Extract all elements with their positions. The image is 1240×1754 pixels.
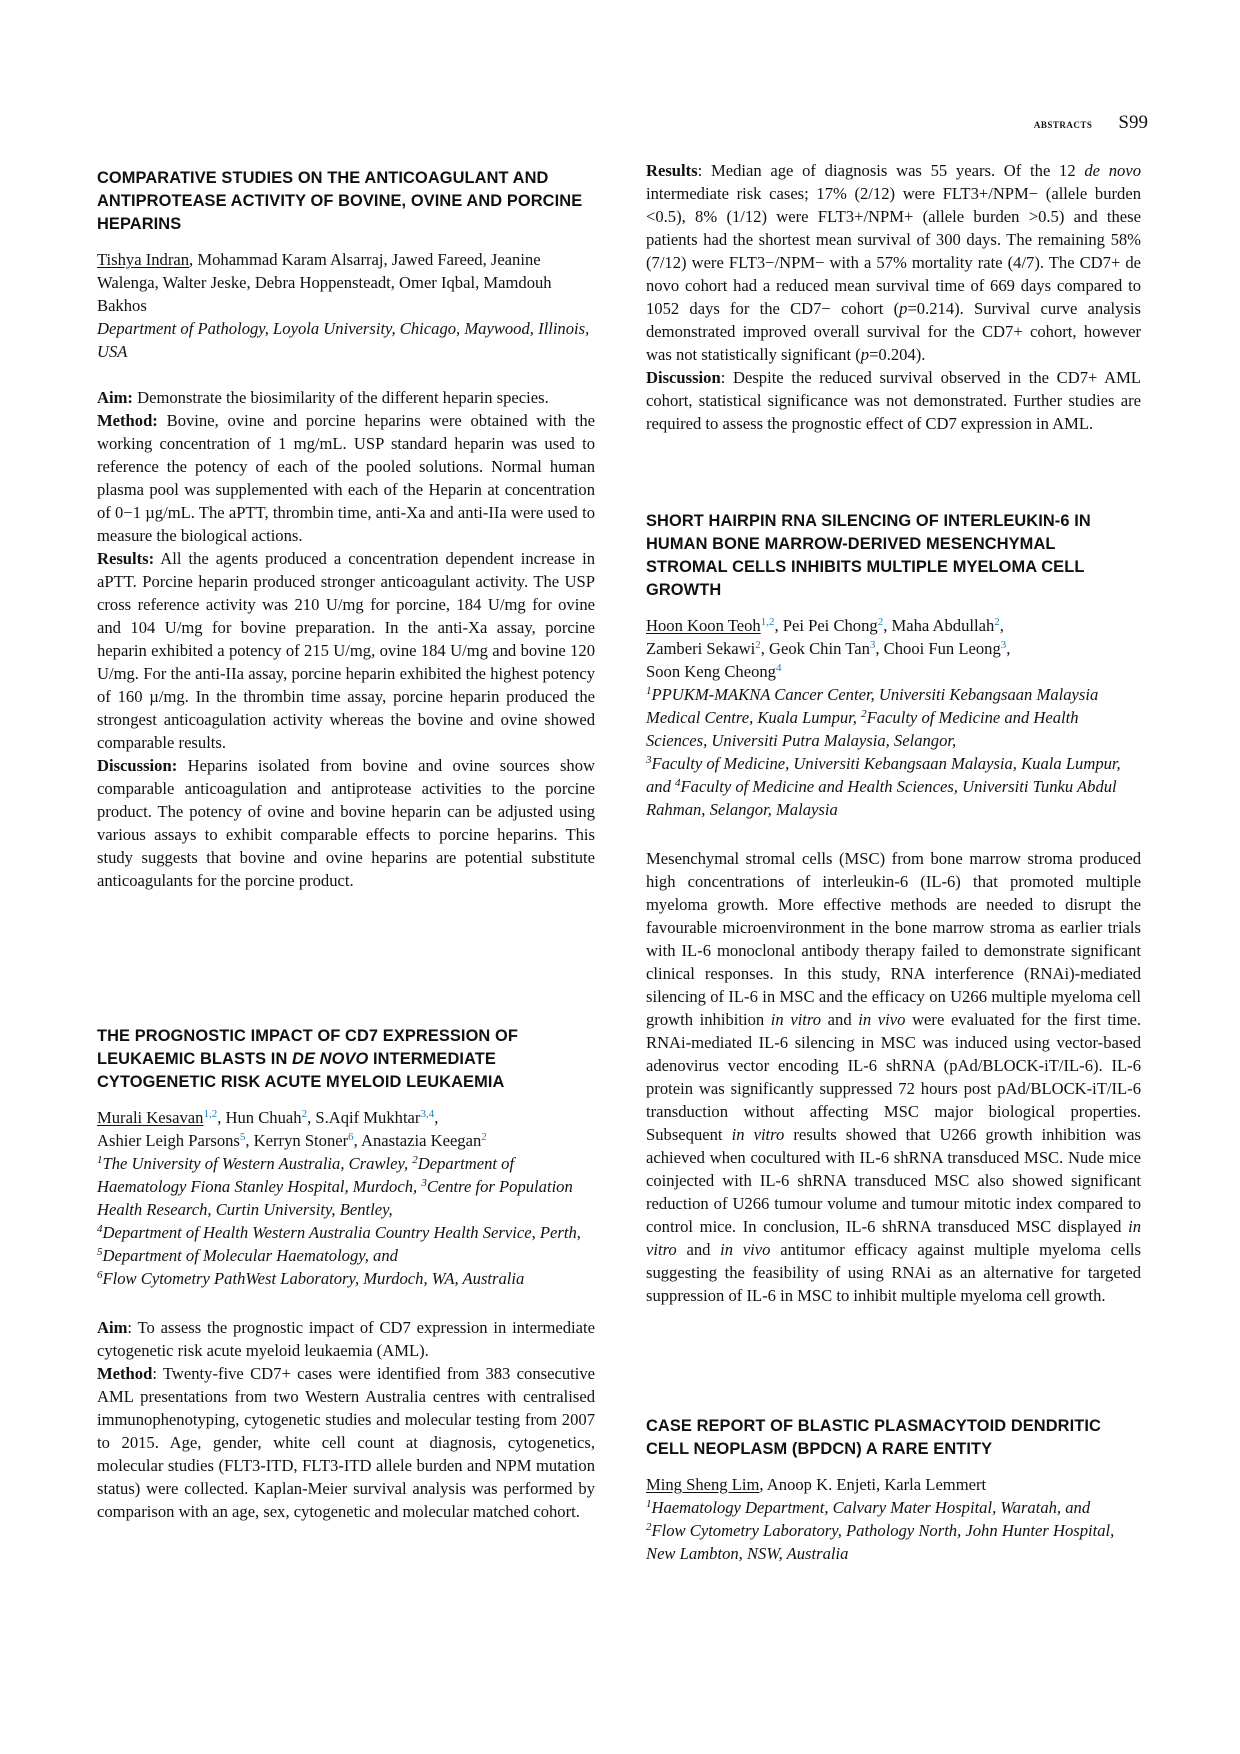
abstract-heparins: COMPARATIVE STUDIES ON THE ANTICOAGULANT…	[97, 167, 595, 892]
section-label: Discussion	[646, 368, 721, 387]
abstract-title: THE PROGNOSTIC IMPACT OF CD7 EXPRESSION …	[97, 1025, 595, 1094]
author-sup: 6	[348, 1131, 354, 1143]
author-list: Ming Sheng Lim, Anoop K. Enjeti, Karla L…	[646, 1473, 1141, 1496]
affiliation-list: 1Haematology Department, Calvary Mater H…	[646, 1496, 1141, 1565]
presenting-author: Hoon Koon Teoh	[646, 616, 761, 635]
author-sup: 2	[481, 1131, 487, 1143]
section-text: Demonstrate the biosimilarity of the dif…	[133, 388, 549, 407]
author: Geok Chin Tan	[769, 639, 870, 658]
author-sup: 2	[878, 616, 884, 628]
section-label: Discussion:	[97, 756, 177, 775]
section-label: Aim	[97, 1318, 127, 1337]
affiliation: Department of Health Western Australia C…	[103, 1223, 581, 1242]
abstract-title: SHORT HAIRPIN RNA SILENCING OF INTERLEUK…	[646, 510, 1141, 602]
author-sup: 2	[755, 639, 761, 651]
author-sup: 1,2	[761, 616, 775, 628]
title-italic: DE NOVO	[292, 1050, 368, 1068]
results-paragraph: Results: All the agents produced a conce…	[97, 547, 595, 754]
author: Zamberi Sekawi	[646, 639, 755, 658]
author-list: Murali Kesavan1,2, Hun Chuah2, S.Aqif Mu…	[97, 1106, 595, 1152]
affiliation: The University of Western Australia, Cra…	[103, 1154, 413, 1173]
affiliation-list: 1PPUKM-MAKNA Cancer Center, Universiti K…	[646, 683, 1141, 821]
affiliation: Faculty of Medicine and Health Sciences,…	[646, 777, 1117, 819]
section-label: Results:	[97, 549, 154, 568]
author: Ashier Leigh Parsons	[97, 1131, 240, 1150]
running-head: ABSTRACTS S99	[1034, 112, 1148, 134]
abstract-title: CASE REPORT OF BLASTIC PLASMACYTOID DEND…	[646, 1415, 1141, 1461]
section-label: Method	[97, 1364, 152, 1383]
italic-term: in vitro	[771, 1010, 821, 1029]
section-text: : Median age of diagnosis was 55 years. …	[698, 161, 1085, 180]
abstract-cd7-aml: THE PROGNOSTIC IMPACT OF CD7 EXPRESSION …	[97, 1025, 595, 1523]
abstract-cd7-aml-continued: Results: Median age of diagnosis was 55 …	[646, 159, 1141, 435]
author-sup: 2	[302, 1108, 308, 1120]
aim-paragraph: Aim: Demonstrate the biosimilarity of th…	[97, 386, 595, 409]
body-text: Mesenchymal stromal cells (MSC) from bon…	[646, 849, 1141, 1029]
author: S.Aqif Mukhtar	[315, 1108, 420, 1127]
affiliation: Flow Cytometry PathWest Laboratory, Murd…	[103, 1269, 525, 1288]
italic-term: in vivo	[858, 1010, 905, 1029]
author: Hun Chuah	[226, 1108, 302, 1127]
page-number: S99	[1118, 112, 1148, 134]
presenting-author: Murali Kesavan	[97, 1108, 203, 1127]
author: Anastazia Keegan	[361, 1131, 481, 1150]
method-paragraph: Method: Bovine, ovine and porcine hepari…	[97, 409, 595, 547]
section-text: : Twenty-five CD7+ cases were identified…	[97, 1364, 595, 1521]
author-sup: 3	[870, 639, 876, 651]
method-paragraph: Method: Twenty-five CD7+ cases were iden…	[97, 1362, 595, 1523]
section-label: Method:	[97, 411, 158, 430]
section-label: Aim:	[97, 388, 133, 407]
author-list: Hoon Koon Teoh1,2, Pei Pei Chong2, Maha …	[646, 614, 1141, 683]
body-text: were evaluated for the first time. RNAi-…	[646, 1010, 1141, 1144]
body-text: and	[821, 1010, 858, 1029]
author: Kerryn Stoner	[254, 1131, 348, 1150]
results-paragraph: Results: Median age of diagnosis was 55 …	[646, 159, 1141, 366]
author: Soon Keng Cheong	[646, 662, 776, 681]
author-sup: 4	[776, 662, 782, 674]
presenting-author: Tishya Indran	[97, 250, 189, 269]
author: Chooi Fun Leong	[884, 639, 1001, 658]
aim-paragraph: Aim: To assess the prognostic impact of …	[97, 1316, 595, 1362]
abstract-body: Mesenchymal stromal cells (MSC) from bon…	[646, 847, 1141, 1307]
section-text: intermediate risk cases; 17% (2/12) were…	[646, 184, 1141, 318]
abstract-bpdcn: CASE REPORT OF BLASTIC PLASMACYTOID DEND…	[646, 1415, 1141, 1565]
co-authors: , Anoop K. Enjeti, Karla Lemmert	[759, 1475, 986, 1494]
author-sup: 5	[240, 1131, 246, 1143]
italic-term: in vitro	[732, 1125, 785, 1144]
discussion-paragraph: Discussion: Despite the reduced survival…	[646, 366, 1141, 435]
italic-term: in vivo	[720, 1240, 770, 1259]
author: Pei Pei Chong	[783, 616, 878, 635]
affiliation: Flow Cytometry Laboratory, Pathology Nor…	[646, 1521, 1114, 1563]
italic-term: p	[861, 345, 869, 364]
affiliation: Department of Molecular Haematology, and	[103, 1246, 398, 1265]
discussion-paragraph: Discussion: Heparins isolated from bovin…	[97, 754, 595, 892]
section-text: Heparins isolated from bovine and ovine …	[97, 756, 595, 890]
body-text: and	[677, 1240, 720, 1259]
italic-term: de novo	[1084, 161, 1141, 180]
section-label: Results	[646, 161, 698, 180]
section-text: Bovine, ovine and porcine heparins were …	[97, 411, 595, 545]
section-text: : Despite the reduced survival observed …	[646, 368, 1141, 433]
affiliation-list: 1The University of Western Australia, Cr…	[97, 1152, 595, 1290]
author-sup: 3,4	[420, 1108, 434, 1120]
author-sup: 3	[1001, 639, 1007, 651]
affiliation: Department of Pathology, Loyola Universi…	[97, 317, 595, 363]
author-sup: 1,2	[203, 1108, 217, 1120]
author: Maha Abdullah	[892, 616, 995, 635]
section-text: : To assess the prognostic impact of CD7…	[97, 1318, 595, 1360]
section-text: =0.204).	[869, 345, 925, 364]
affiliation: Haematology Department, Calvary Mater Ho…	[652, 1498, 1091, 1517]
author-list: Tishya Indran, Mohammad Karam Alsarraj, …	[97, 248, 595, 317]
journal-section-label: ABSTRACTS	[1034, 116, 1093, 132]
abstract-title: COMPARATIVE STUDIES ON THE ANTICOAGULANT…	[97, 167, 595, 236]
section-text: All the agents produced a concentration …	[97, 549, 595, 752]
author-sup: 2	[994, 616, 1000, 628]
presenting-author: Ming Sheng Lim	[646, 1475, 759, 1494]
abstract-shrna-il6: SHORT HAIRPIN RNA SILENCING OF INTERLEUK…	[646, 510, 1141, 1307]
